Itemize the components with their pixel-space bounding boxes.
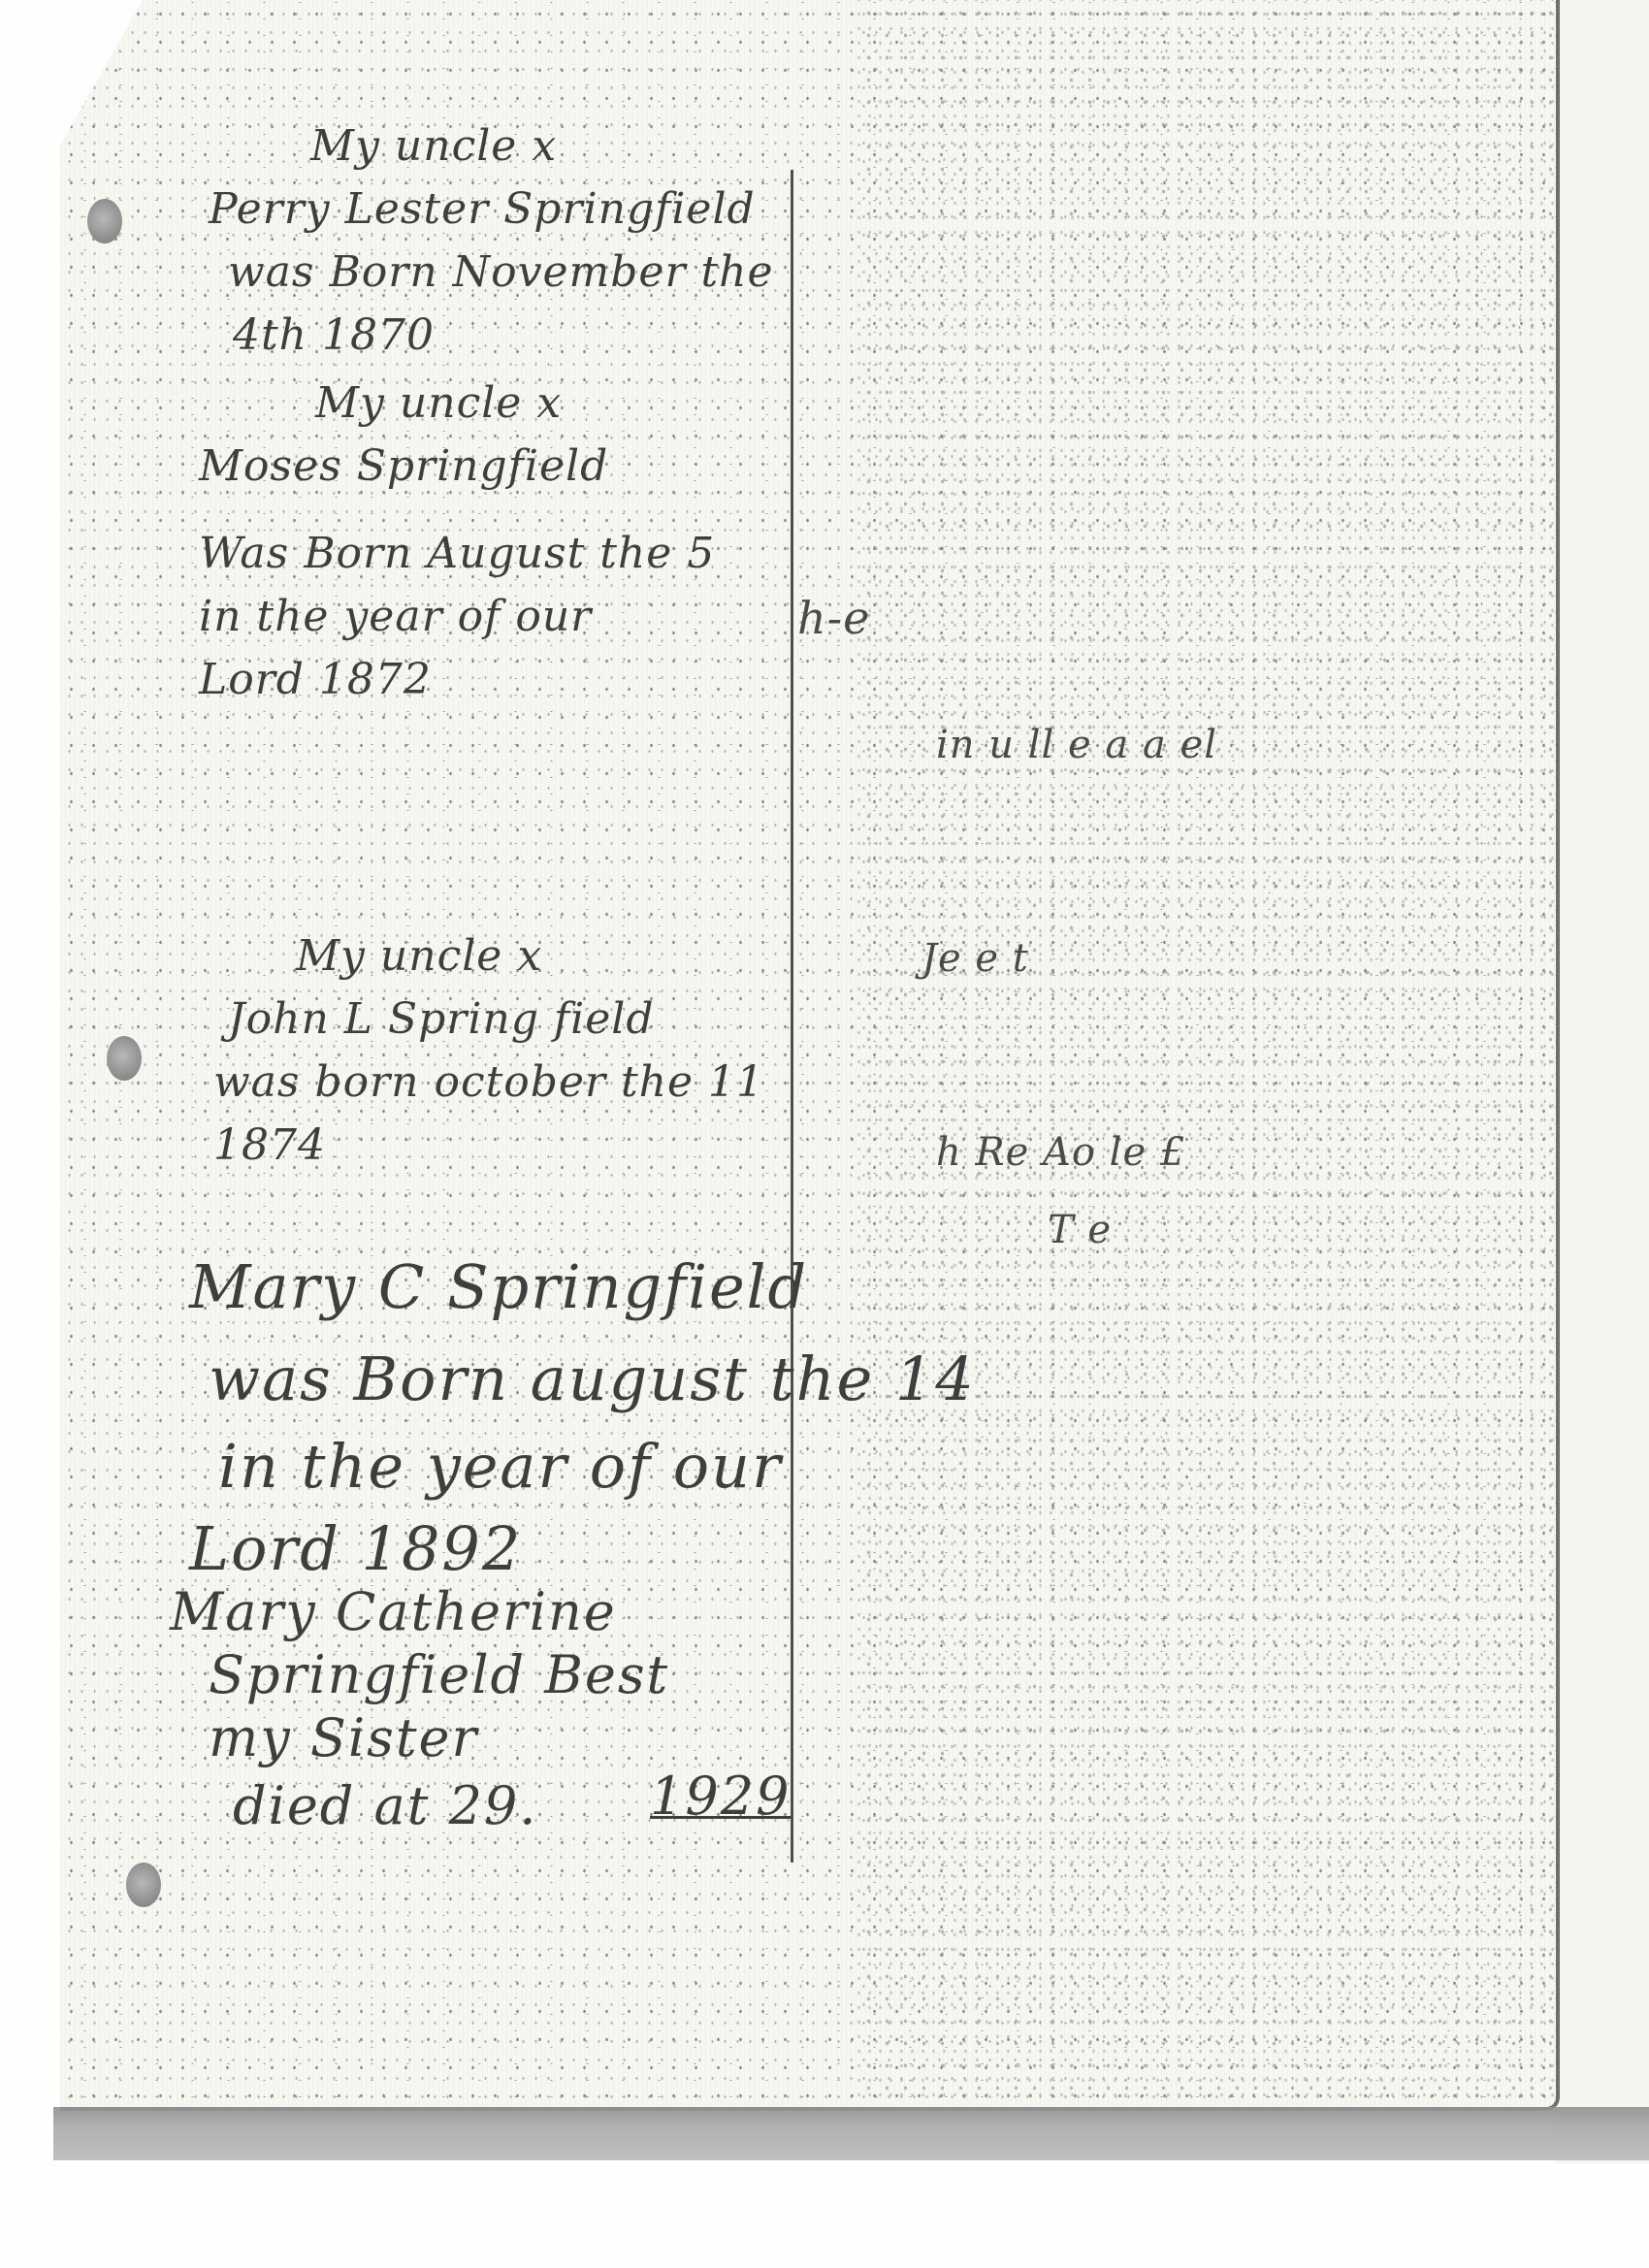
faint-mark: Je e t xyxy=(921,936,1029,981)
entry-line: Lord 1872 xyxy=(199,655,432,704)
punch-hole-bottom xyxy=(126,1863,161,1907)
column-divider xyxy=(791,170,793,1863)
entry-line: died at 29. xyxy=(233,1775,537,1836)
death-year-underlined: 1929 xyxy=(650,1766,791,1827)
entry-line: My uncle x xyxy=(296,931,542,981)
entry-line: Mary C Springfield xyxy=(189,1251,808,1322)
paper-stain-texture xyxy=(856,0,1612,2105)
entry-line: Moses Springfield xyxy=(199,441,608,491)
entry-line: John L Spring field xyxy=(228,994,655,1044)
entry-line: Springfield Best xyxy=(209,1644,669,1705)
faint-mark: h-e xyxy=(797,592,870,644)
bottom-shadow-band xyxy=(53,2107,1649,2160)
punch-hole-top xyxy=(87,199,122,243)
entry-line: 1874 xyxy=(213,1120,326,1170)
entry-line: Lord 1892 xyxy=(189,1513,522,1584)
faint-mark: T e xyxy=(1048,1208,1112,1252)
entry-line: Was Born August the 5 xyxy=(199,529,715,578)
entry-line: Mary Catherine xyxy=(170,1581,617,1642)
punch-hole-middle xyxy=(107,1036,142,1081)
faint-mark: h Re Ao le £ xyxy=(936,1130,1185,1175)
entry-line: My uncle x xyxy=(310,121,557,171)
entry-line: 4th 1870 xyxy=(233,310,435,360)
faint-mark: in u ll e a a el xyxy=(936,723,1217,767)
entry-line: My uncle x xyxy=(315,378,562,428)
scanner-margin xyxy=(1556,0,1649,2163)
entry-line: was Born November the xyxy=(228,247,774,297)
entry-line: in the year of our xyxy=(199,592,592,641)
entry-line: my Sister xyxy=(209,1707,478,1768)
entry-line: Perry Lester Springfield xyxy=(209,184,756,234)
entry-line: was Born august the 14 xyxy=(209,1344,976,1414)
entry-line: in the year of our xyxy=(218,1431,783,1502)
entry-line: was born october the 11 xyxy=(213,1057,764,1107)
